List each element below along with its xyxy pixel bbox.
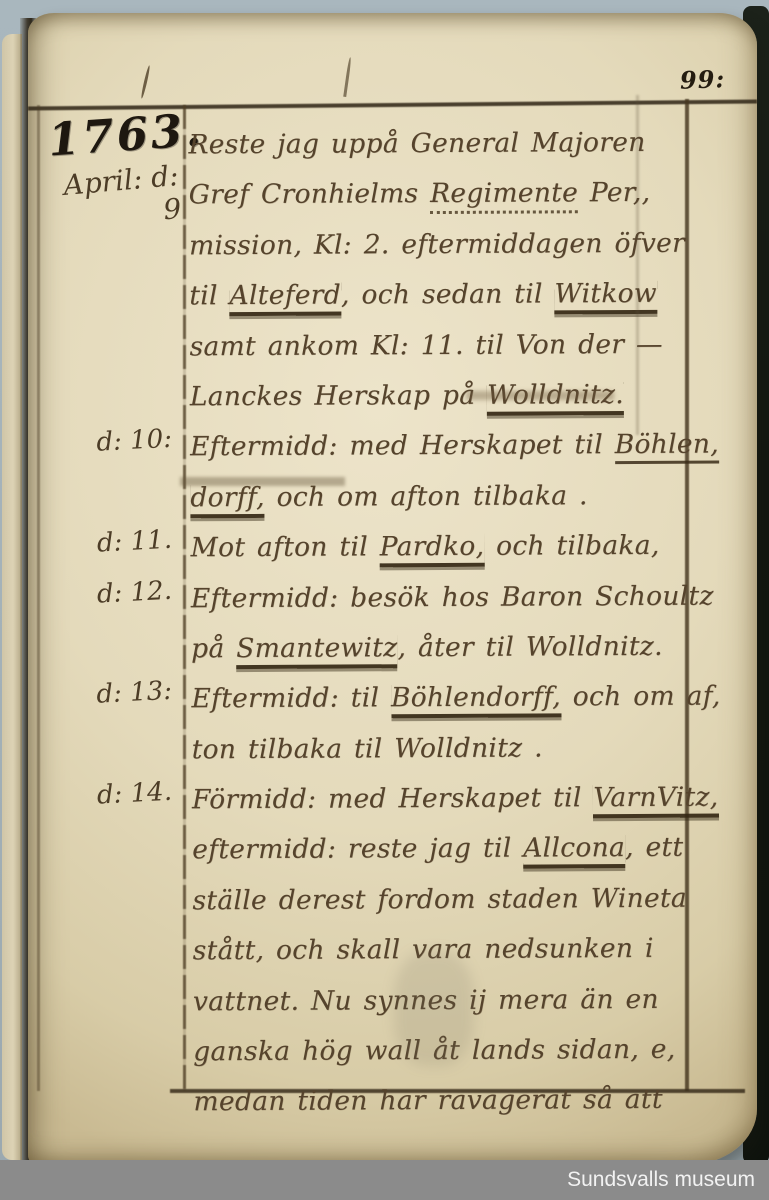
underlined-place-name: Alteferd — [229, 280, 341, 317]
text-segment: ganska hög wall åt lands sidan, e, — [193, 1034, 675, 1068]
manuscript-line: vattnet. Nu synnes ij mera än en — [193, 974, 693, 1027]
text-segment: Förmidd: med Herskapet til — [192, 782, 594, 815]
text-segment: medan tiden har ravagerat så att — [193, 1084, 662, 1117]
text-segment: stått, och skall vara nedsunken i — [193, 933, 654, 966]
photo-stage: 99: 1763. April: d: 9 d: 10:d: 11.d: 12.… — [0, 0, 769, 1200]
first-date-label: April: d: 9 — [37, 159, 182, 237]
text-segment: Eftermidd: med Herskapet til — [190, 429, 615, 462]
margin-date: d: 11. — [39, 525, 180, 562]
text-segment: Eftermidd: til — [191, 683, 391, 715]
manuscript-line: ganska hög wall åt lands sidan, e, — [193, 1025, 693, 1078]
previous-page-edge — [2, 34, 22, 1160]
ink-rule-column-divider — [183, 105, 186, 1091]
text-segment: på — [191, 633, 236, 664]
manuscript-line: Förmidd: med Herskapet til VarnVitz, — [192, 773, 692, 826]
text-segment: til — [189, 280, 229, 311]
text-segment: Per,, — [578, 177, 650, 208]
margin-date: d: 14. — [39, 777, 180, 814]
underlined-place-name: dorff, — [190, 482, 265, 518]
manuscript-line: medan tiden har ravagerat så att — [193, 1075, 693, 1128]
stray-ink-mark — [343, 57, 352, 97]
underlined-place-name: Regimente — [430, 178, 578, 215]
underlined-place-name: Pardko, — [380, 531, 485, 568]
manuscript-line: Reste jag uppå General Majoren — [188, 118, 688, 171]
manuscript-line: Eftermidd: til Böhlendorff, och om af, — [191, 672, 691, 725]
text-segment: Gref Cronhielms — [189, 178, 431, 210]
text-segment: ton tilbaka til Wolldnitz . — [192, 732, 543, 765]
margin-date: d: 10: — [39, 424, 180, 461]
manuscript-line: Mot afton til Pardko, och tilbaka, — [190, 521, 690, 574]
text-segment: , ett — [625, 832, 683, 863]
text-segment: Reste jag uppå General Majoren — [188, 127, 645, 160]
manuscript-page: 99: 1763. April: d: 9 d: 10:d: 11.d: 12.… — [28, 13, 757, 1165]
folio-number: 99: — [680, 64, 726, 95]
text-segment: mission, Kl: 2. eftermiddagen öfver — [189, 227, 685, 261]
underlined-place-name: Witkow — [554, 278, 657, 315]
text-segment: Eftermidd: besök hos Baron Schoultz — [191, 580, 714, 614]
manuscript-line: til Alteferd, och sedan til Witkow — [189, 269, 689, 322]
text-segment: och om afton tilbaka . — [265, 480, 588, 513]
margin-column: 1763. April: d: 9 d: 10:d: 11.d: 12.d: 1… — [40, 13, 182, 1113]
underlined-place-name: Allcona — [523, 833, 625, 870]
text-segment: vattnet. Nu synnes ij mera än en — [193, 984, 659, 1017]
text-segment: , åter til Wolldnitz. — [397, 631, 662, 663]
margin-date: d: 12. — [39, 575, 180, 612]
manuscript-line: Lanckes Herskap på Wolldnitz. — [190, 370, 690, 423]
manuscript-line: Eftermidd: besök hos Baron Schoultz — [191, 571, 691, 624]
underlined-place-name: Wolldnitz. — [487, 379, 624, 416]
manuscript-line: eftermidd: reste jag til Allcona, ett — [192, 823, 692, 876]
text-segment: Mot afton til — [191, 531, 380, 563]
text-segment: ställe derest fordom staden Wineta — [192, 883, 687, 917]
text-segment: , och sedan til — [341, 279, 555, 311]
manuscript-line: stått, och skall vara nedsunken i — [193, 924, 693, 977]
underlined-place-name: VarnVitz, — [593, 782, 718, 819]
manuscript-line: på Smantewitz, åter til Wolldnitz. — [191, 622, 691, 675]
manuscript-line: Gref Cronhielms Regimente Per,, — [189, 168, 689, 221]
museum-watermark-bar: Sundsvalls museum — [0, 1160, 769, 1200]
underlined-place-name: Böhlendorff, — [391, 682, 561, 719]
text-segment: och om af, — [561, 681, 721, 713]
year-heading: 1763. — [46, 104, 183, 166]
manuscript-line: mission, Kl: 2. eftermiddagen öfver — [189, 218, 689, 271]
underlined-place-name: Böhlen, — [615, 429, 719, 465]
manuscript-line: ställe derest fordom staden Wineta — [192, 874, 692, 927]
margin-date: d: 13: — [39, 676, 180, 713]
manuscript-line: dorff, och om afton tilbaka . — [190, 470, 690, 523]
underlined-place-name: Smantewitz — [236, 632, 397, 669]
manuscript-line: ton tilbaka til Wolldnitz . — [192, 722, 692, 775]
text-segment: samt ankom Kl: 11. til Von der — — [189, 328, 662, 361]
text-segment: och tilbaka, — [484, 530, 659, 562]
manuscript-line: Eftermidd: med Herskapet til Böhlen, — [190, 420, 690, 473]
museum-watermark-label: Sundsvalls museum — [567, 1160, 755, 1200]
text-segment: eftermidd: reste jag til — [192, 833, 523, 866]
text-segment: Lanckes Herskap på — [190, 380, 487, 413]
manuscript-line: samt ankom Kl: 11. til Von der — — [189, 319, 689, 372]
text-column: Reste jag uppå General MajorenGref Cronh… — [188, 118, 693, 1128]
